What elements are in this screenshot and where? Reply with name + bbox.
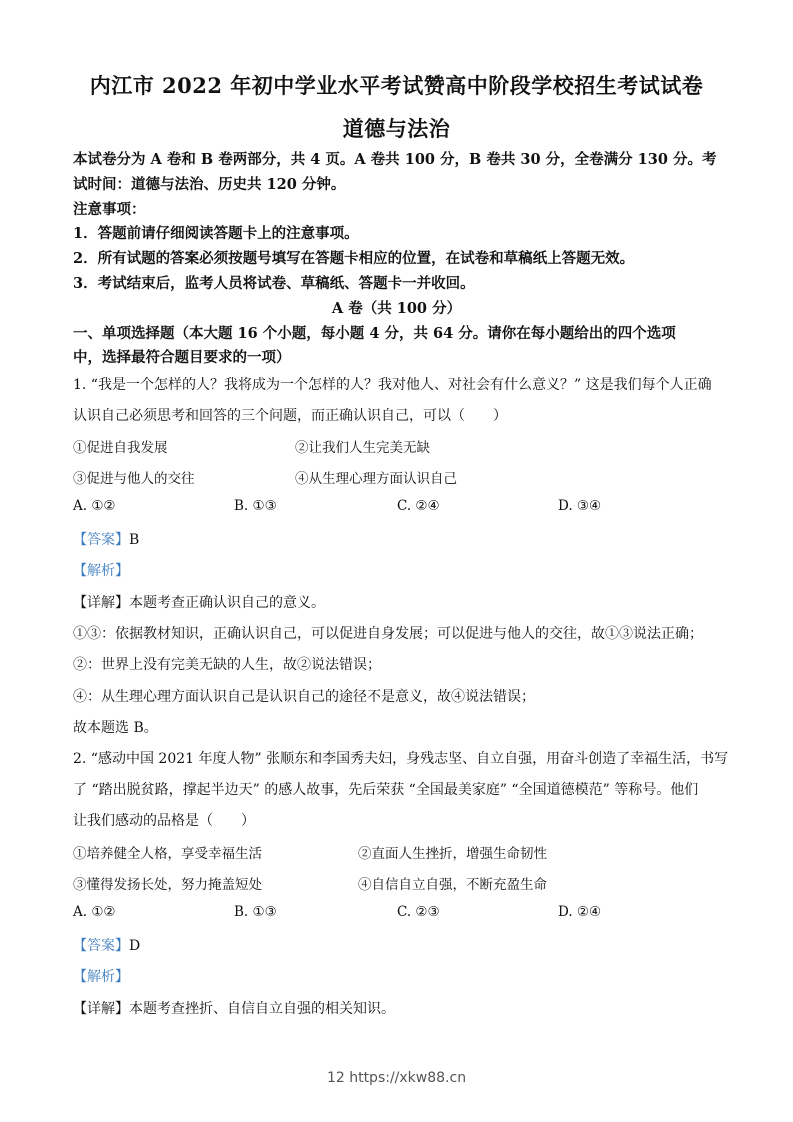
- q2-answer: 【答案】D: [73, 935, 140, 955]
- q2-detail: 【详解】本题考查挫折、自信自立自强的相关知识。: [73, 998, 395, 1018]
- q1-choice-b: B. ①③: [234, 498, 277, 514]
- q1-choice-d: D. ③④: [558, 498, 601, 514]
- question-2-stem-cont: 让我们感动的品格是（ ）: [73, 810, 255, 830]
- q1-choice-c: C. ②④: [397, 498, 440, 514]
- section-heading: 一、单项选择题（本大题 16 个小题，每小题 4 分，共 64 分。请你在每小题…: [73, 322, 676, 343]
- q1-item-1: ①促进自我发展: [73, 436, 168, 456]
- section-title: A 卷（共 100 分）: [0, 297, 793, 318]
- q2-choice-a: A. ①②: [73, 904, 116, 920]
- question-1-stem-cont: 认识自己必须思考和回答的三个问题，而正确认识自己，可以（ ）: [73, 405, 507, 425]
- answer-value: D: [129, 938, 140, 954]
- q2-choice-d: D. ②④: [558, 904, 601, 920]
- subject-title: 道德与法治: [0, 113, 793, 143]
- q1-item-4: ④从生理心理方面认识自己: [295, 467, 457, 487]
- answer-label: 【答案】: [73, 938, 129, 954]
- q1-answer: 【答案】B: [73, 529, 139, 549]
- answer-value: B: [129, 532, 139, 548]
- q2-item-2: ②直面人生挫折，增强生命韧性: [358, 842, 547, 862]
- notice-item: 3．考试结束后，监考人员将试卷、草稿纸、答题卡一并收回。: [73, 272, 475, 293]
- section-heading-cont: 中，选择最符合题目要求的一项）: [73, 346, 291, 367]
- question-2-stem-cont: 了 “踏出脱贫路，撑起半边天” 的感人故事，先后荣获 “全国最美家庭” “全国道…: [73, 779, 698, 799]
- page-footer: 12 https://xkw88.cn: [0, 1070, 793, 1086]
- q1-item-3: ③促进与他人的交往: [73, 467, 195, 487]
- intro-line-1: 本试卷分为 A 卷和 B 卷两部分，共 4 页。A 卷共 100 分，B 卷共 …: [73, 148, 716, 169]
- notice-title: 注意事项：: [73, 198, 146, 219]
- q1-detail: ②：世界上没有完美无缺的人生，故②说法错误；: [73, 654, 381, 674]
- q1-item-2: ②让我们人生完美无缺: [295, 436, 430, 456]
- intro-line-2: 试时间：道德与法治、历史共 120 分钟。: [73, 173, 345, 194]
- q1-analysis-label: 【解析】: [73, 560, 129, 580]
- q2-item-4: ④自信自立自强，不断充盈生命: [358, 873, 547, 893]
- q2-analysis-label: 【解析】: [73, 966, 129, 986]
- q2-item-3: ③懂得发扬长处，努力掩盖短处: [73, 873, 262, 893]
- exam-title: 内江市 2022 年初中学业水平考试赞高中阶段学校招生考试试卷: [0, 70, 793, 100]
- q2-item-1: ①培养健全人格，享受幸福生活: [73, 842, 262, 862]
- q2-choice-c: C. ②③: [397, 904, 440, 920]
- q1-detail: 【详解】本题考查正确认识自己的意义。: [73, 592, 325, 612]
- notice-item: 2．所有试题的答案必须按题号填写在答题卡相应的位置，在试卷和草稿纸上答题无效。: [73, 247, 634, 268]
- q2-choice-b: B. ①③: [234, 904, 277, 920]
- q1-detail: ④：从生理心理方面认识自己是认识自己的途径不是意义，故④说法错误；: [73, 686, 535, 706]
- exam-page: 内江市 2022 年初中学业水平考试赞高中阶段学校招生考试试卷 道德与法治 本试…: [0, 0, 793, 1122]
- question-2-stem: 2. “感动中国 2021 年度人物” 张顺东和李国秀夫妇，身残志坚、自立自强，…: [73, 748, 728, 768]
- answer-label: 【答案】: [73, 532, 129, 548]
- q1-detail: ①③：依据教材知识，正确认识自己，可以促进自身发展；可以促进与他人的交往，故①③…: [73, 623, 703, 643]
- q1-detail: 故本题选 B。: [73, 717, 158, 737]
- question-1-stem: 1. “我是一个怎样的人？我将成为一个怎样的人？我对他人、对社会有什么意义？” …: [73, 374, 712, 394]
- q1-choice-a: A. ①②: [73, 498, 116, 514]
- notice-item: 1．答题前请仔细阅读答题卡上的注意事项。: [73, 222, 359, 243]
